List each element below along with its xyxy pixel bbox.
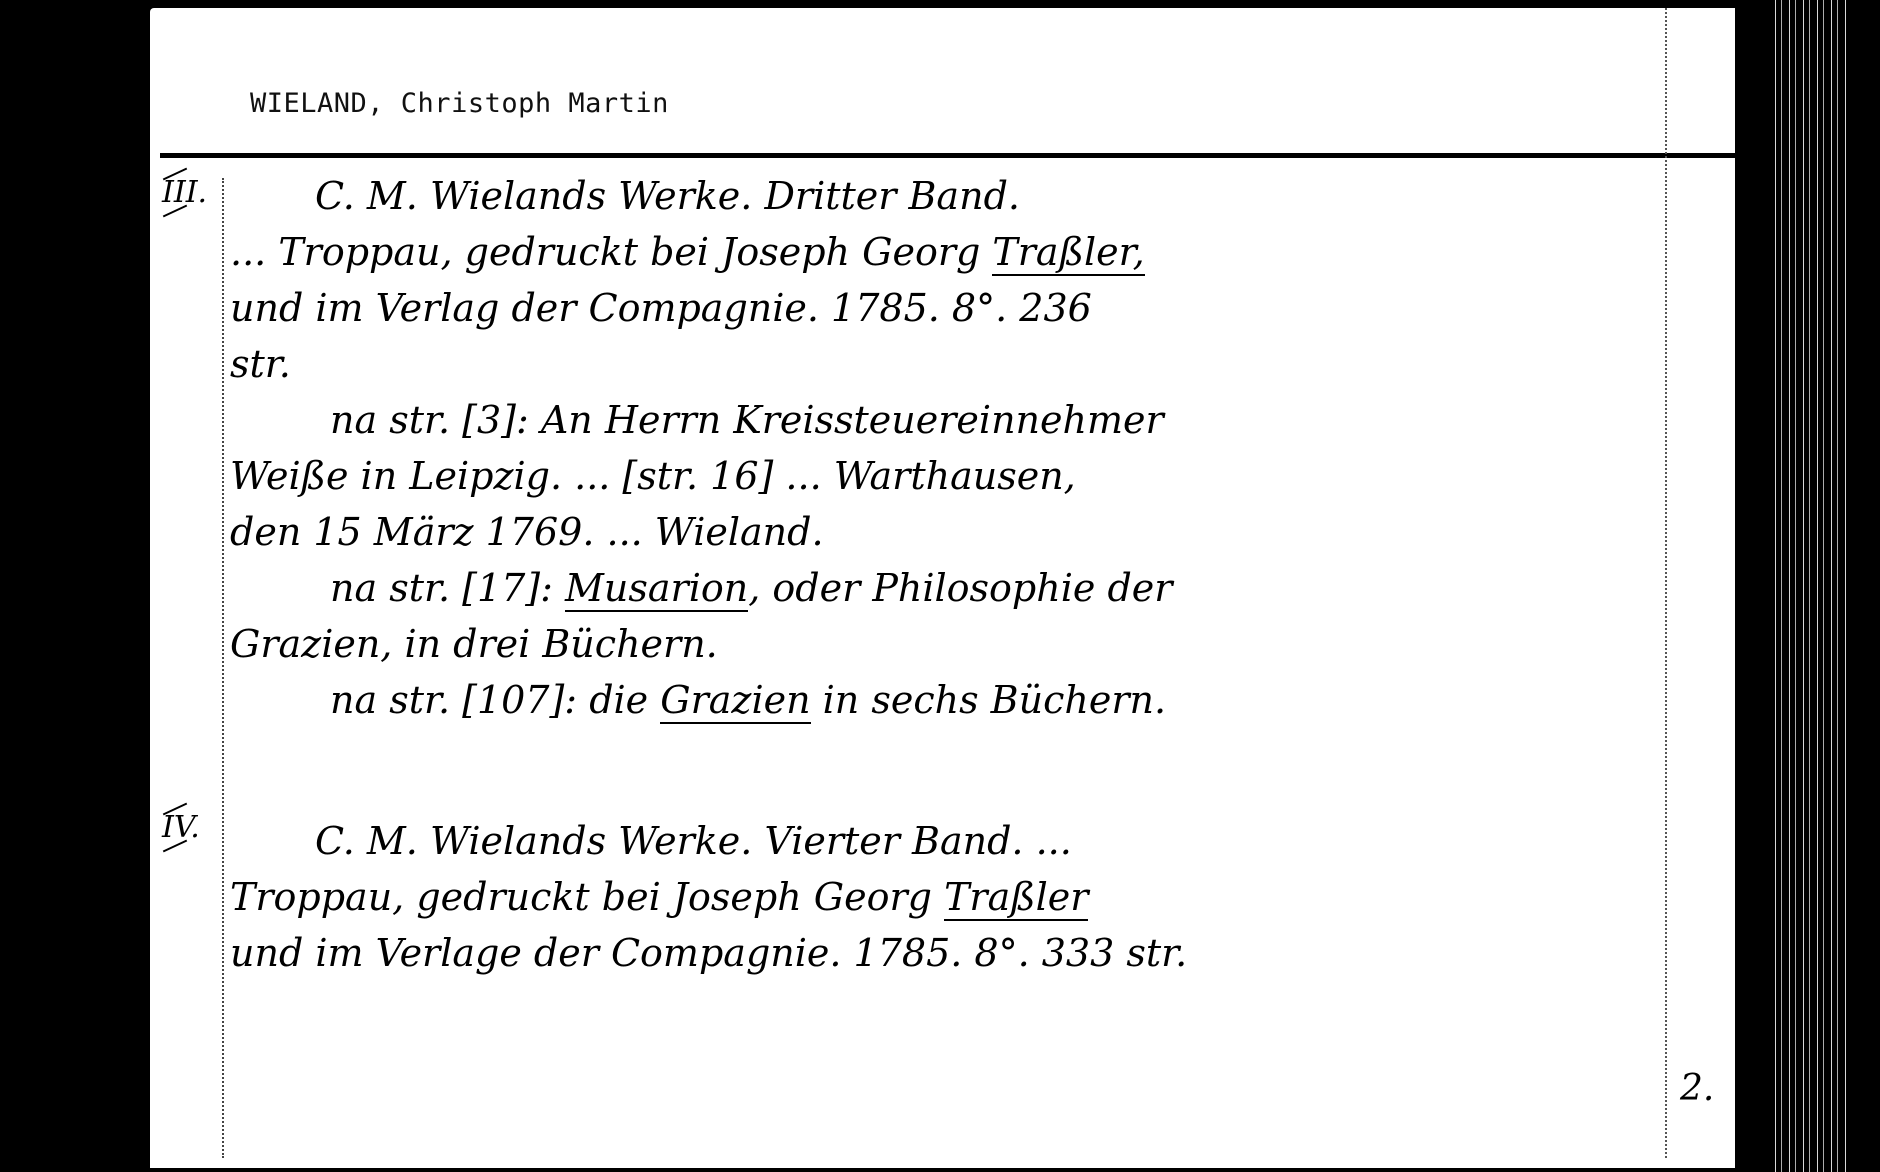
entry-line: Weiße in Leipzig. ... [str. 16] ... Wart… (230, 448, 1670, 504)
catalog-card: WIELAND, Christoph Martin III. C. M. Wie… (150, 8, 1735, 1168)
entry-line: und im Verlag der Compagnie. 1785. 8°. 2… (230, 280, 1670, 336)
entry-line: C. M. Wielands Werke. Dritter Band. (230, 168, 1670, 224)
entry-line: Grazien, in drei Büchern. (230, 616, 1670, 672)
entry-line: Troppau, gedruckt bei Joseph Georg Traßl… (230, 869, 1670, 925)
heading-rule (160, 153, 1735, 158)
entry-line: na str. [107]: die Grazien in sechs Büch… (230, 672, 1670, 728)
entry-line: str. (230, 336, 1670, 392)
entry-volume-iii: C. M. Wielands Werke. Dritter Band. ... … (230, 168, 1670, 728)
volume-marker-iv: IV. (162, 808, 200, 847)
underlined-printer: Traßler (944, 875, 1088, 921)
underlined-title: Musarion (565, 566, 748, 612)
entry-line: ... Troppau, gedruckt bei Joseph Georg T… (230, 224, 1670, 280)
entry-line: den 15 März 1769. ... Wieland. (230, 504, 1670, 560)
entry-volume-iv: C. M. Wielands Werke. Vierter Band. ... … (230, 813, 1670, 981)
underlined-printer: Traßler, (992, 230, 1144, 276)
entry-line: na str. [3]: An Herrn Kreissteuereinnehm… (230, 392, 1670, 448)
scanner-edge-strip (1772, 0, 1848, 1172)
volume-marker-iii: III. (162, 173, 207, 212)
entry-line: und im Verlage der Compagnie. 1785. 8°. … (230, 925, 1670, 981)
entry-line: na str. [17]: Musarion, oder Philosophie… (230, 560, 1670, 616)
card-heading: WIELAND, Christoph Martin (250, 88, 669, 119)
entry-line: C. M. Wielands Werke. Vierter Band. ... (230, 813, 1670, 869)
left-margin-line (222, 178, 224, 1158)
underlined-title: Grazien (660, 678, 810, 724)
card-page-number: 2. (1680, 1068, 1714, 1109)
